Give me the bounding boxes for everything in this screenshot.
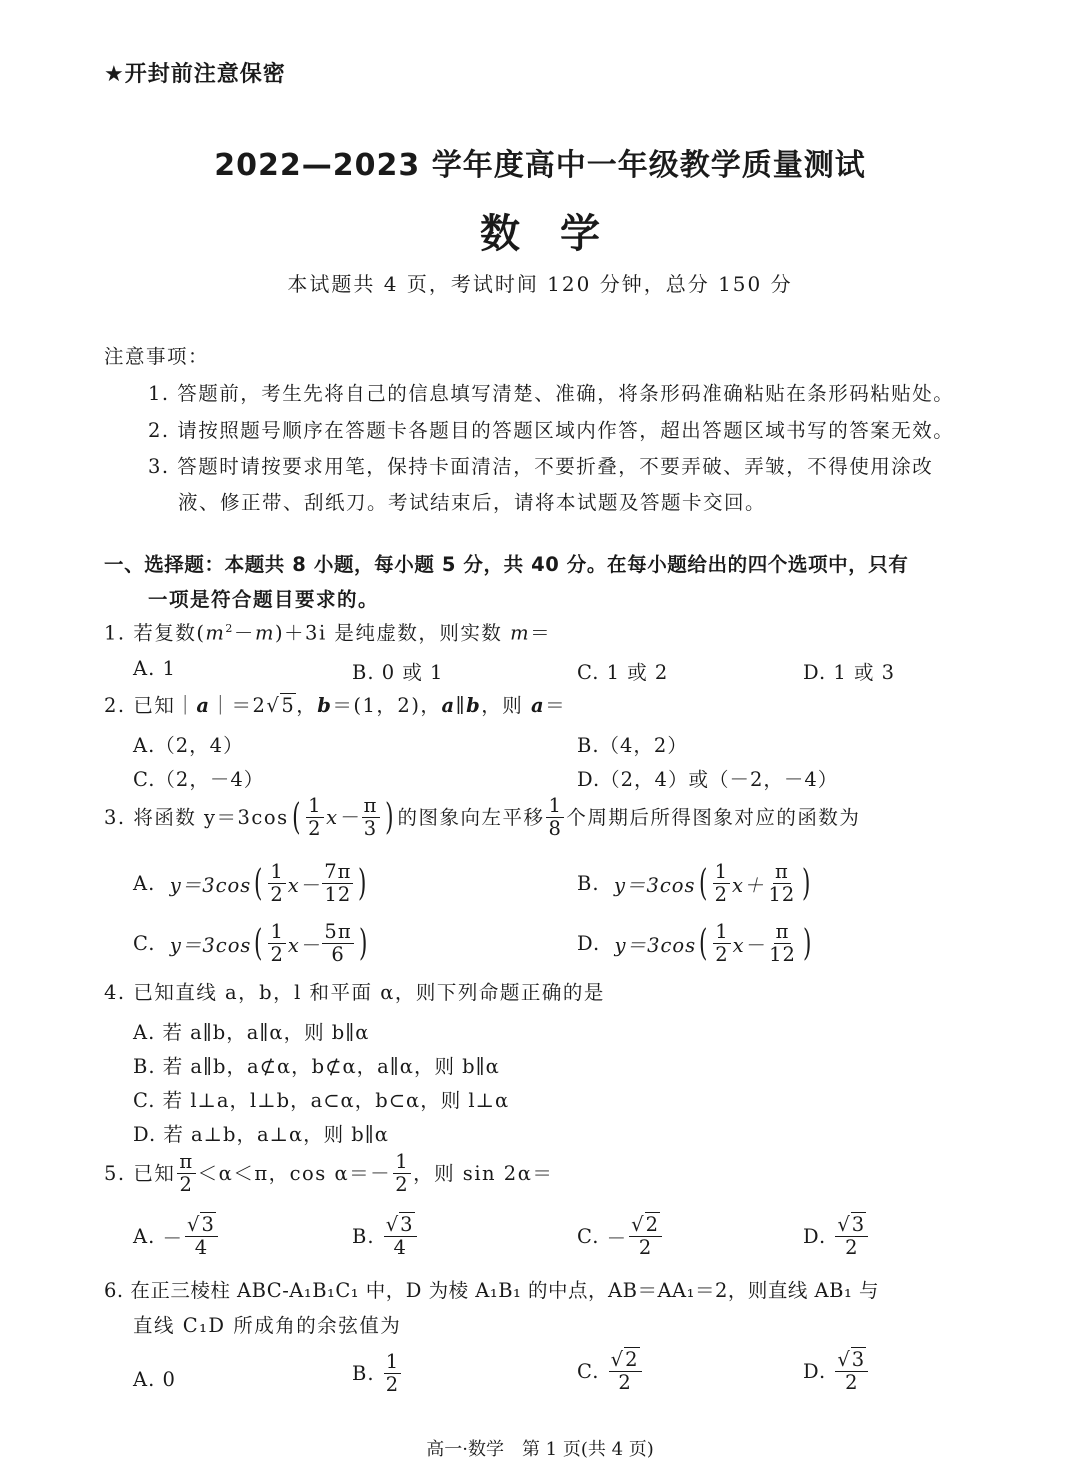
note-item-3: 3. 答题时请按要求用笔，保持卡面清洁，不要折叠，不要弄破、弄皱，不得使用涂改 bbox=[148, 457, 933, 477]
question-6-stem-cont: 直线 C₁D 所成角的余弦值为 bbox=[133, 1316, 401, 1336]
q5-option-b: B. √34 bbox=[352, 1215, 419, 1259]
question-4-stem: 4. 已知直线 a，b，l 和平面 α，则下列命题正确的是 bbox=[104, 983, 605, 1003]
question-3-stem: 3. 将函数 y＝3cos ( 12 x－ π3 ) 的图象向左平移 18 个周… bbox=[104, 796, 860, 840]
exam-info: 本试题共 4 页，考试时间 120 分钟，总分 150 分 bbox=[0, 268, 1080, 297]
q5-option-a: A. －√34 bbox=[133, 1215, 220, 1259]
question-2-stem: 2. 已知｜a｜＝2√5，b＝(1，2)，a∥b，则 a＝ bbox=[104, 696, 566, 716]
q6-option-d: D. √32 bbox=[803, 1350, 870, 1394]
q2-option-d: D.（2，4）或（－2，－4） bbox=[577, 764, 838, 792]
exam-title: 2022—2023 学年度高中一年级教学质量测试 bbox=[0, 140, 1080, 184]
q1-option-a: A. 1 bbox=[133, 657, 176, 680]
q1-option-c: C. 1 或 2 bbox=[577, 657, 668, 685]
q5-option-c: C. －√22 bbox=[577, 1215, 664, 1259]
q3-option-b: B. y＝3cos (12x＋π12) bbox=[577, 862, 814, 906]
q1-option-b: B. 0 或 1 bbox=[352, 657, 443, 685]
question-6-stem: 6. 在正三棱柱 ABC-A₁B₁C₁ 中，D 为棱 A₁B₁ 的中点，AB＝A… bbox=[104, 1281, 879, 1301]
q6-option-a: A. 0 bbox=[133, 1368, 176, 1391]
notes-heading: 注意事项： bbox=[104, 347, 209, 367]
q4-option-a: A. 若 a∥b，a∥α，则 b∥α bbox=[133, 1017, 369, 1045]
q2-option-b: B.（4，2） bbox=[577, 730, 688, 758]
q5-option-d: D. √32 bbox=[803, 1215, 870, 1259]
q2-option-a: A.（2，4） bbox=[133, 730, 244, 758]
q4-option-d: D. 若 a⊥b，a⊥α，则 b∥α bbox=[133, 1119, 389, 1147]
q6-option-c: C. √22 bbox=[577, 1350, 644, 1394]
q1-option-d: D. 1 或 3 bbox=[803, 657, 895, 685]
question-1-stem: 1. 若复数(m2－m)＋3i 是纯虚数，则实数 m＝ bbox=[104, 623, 551, 643]
page-footer: 高一·数学 第 1 页(共 4 页) bbox=[0, 1435, 1080, 1461]
note-item-1: 1. 答题前，考生先将自己的信息填写清楚、准确，将条形码准确粘贴在条形码粘贴处。 bbox=[148, 384, 954, 404]
q4-option-b: B. 若 a∥b，a⊄α，b⊄α，a∥α，则 b∥α bbox=[133, 1051, 500, 1079]
note-item-2: 2. 请按照题号顺序在答题卡各题目的答题区域内作答，超出答题区域书写的答案无效。 bbox=[148, 421, 954, 441]
q3-option-c: C. y＝3cos (12x－5π6) bbox=[133, 922, 371, 966]
q6-option-b: B. 12 bbox=[352, 1352, 403, 1396]
section-heading-cont: 一项是符合题目要求的。 bbox=[148, 590, 379, 610]
question-5-stem: 5. 已知 π2 ＜α＜π，cos α＝－ 12 ，则 sin 2α＝ bbox=[104, 1152, 553, 1196]
q3-option-d: D. y＝3cos (12x－π12) bbox=[577, 922, 815, 966]
note-item-3-cont: 液、修正带、刮纸刀。考试结束后，请将本试题及答题卡交回。 bbox=[178, 493, 766, 513]
q3-option-a: A. y＝3cos (12x－7π12) bbox=[133, 862, 371, 906]
subject-title: 数学 bbox=[0, 202, 1080, 259]
confidential-notice: ★开封前注意保密 bbox=[104, 57, 286, 88]
q2-option-c: C.（2，－4） bbox=[133, 764, 264, 792]
q4-option-c: C. 若 l⊥a，l⊥b，a⊂α，b⊂α，则 l⊥α bbox=[133, 1085, 509, 1113]
section-heading: 一、选择题：本题共 8 小题，每小题 5 分，共 40 分。在每小题给出的四个选… bbox=[104, 555, 909, 575]
